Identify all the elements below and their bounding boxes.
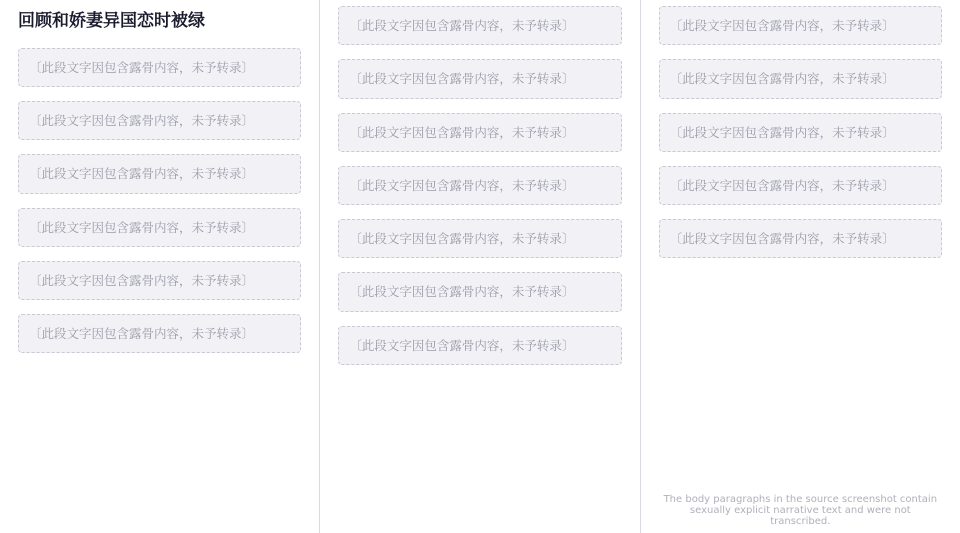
document-page: 回顾和娇妻异国恋时被绿 〔此段文字因包含露骨内容，未予转录〕 〔此段文字因包含露… [0,0,960,533]
redacted-paragraph: 〔此段文字因包含露骨内容，未予转录〕 [338,219,621,258]
redacted-paragraph: 〔此段文字因包含露骨内容，未予转录〕 [338,272,621,311]
redacted-paragraph: 〔此段文字因包含露骨内容，未予转录〕 [338,6,621,45]
redacted-paragraph: 〔此段文字因包含露骨内容，未予转录〕 [18,261,301,300]
text-column-2: 〔此段文字因包含露骨内容，未予转录〕 〔此段文字因包含露骨内容，未予转录〕 〔此… [320,0,640,533]
redacted-paragraph: 〔此段文字因包含露骨内容，未予转录〕 [18,101,301,140]
redacted-paragraph: 〔此段文字因包含露骨内容，未予转录〕 [338,326,621,365]
redacted-paragraph: 〔此段文字因包含露骨内容，未予转录〕 [18,208,301,247]
redacted-paragraph: 〔此段文字因包含露骨内容，未予转录〕 [18,154,301,193]
page-title: 回顾和娇妻异国恋时被绿 [18,10,301,34]
text-column-1: 回顾和娇妻异国恋时被绿 〔此段文字因包含露骨内容，未予转录〕 〔此段文字因包含露… [0,0,320,533]
redacted-paragraph: 〔此段文字因包含露骨内容，未予转录〕 [338,113,621,152]
redacted-paragraph: 〔此段文字因包含露骨内容，未予转录〕 [659,113,942,152]
redaction-note: The body paragraphs in the source screen… [659,494,942,527]
redacted-paragraph: 〔此段文字因包含露骨内容，未予转录〕 [659,59,942,98]
redacted-paragraph: 〔此段文字因包含露骨内容，未予转录〕 [659,166,942,205]
redacted-paragraph: 〔此段文字因包含露骨内容，未予转录〕 [18,314,301,353]
text-column-3: 〔此段文字因包含露骨内容，未予转录〕 〔此段文字因包含露骨内容，未予转录〕 〔此… [641,0,960,533]
redacted-paragraph: 〔此段文字因包含露骨内容，未予转录〕 [338,59,621,98]
redacted-paragraph: 〔此段文字因包含露骨内容，未予转录〕 [659,6,942,45]
redacted-paragraph: 〔此段文字因包含露骨内容，未予转录〕 [659,219,942,258]
redacted-paragraph: 〔此段文字因包含露骨内容，未予转录〕 [18,48,301,87]
redacted-paragraph: 〔此段文字因包含露骨内容，未予转录〕 [338,166,621,205]
